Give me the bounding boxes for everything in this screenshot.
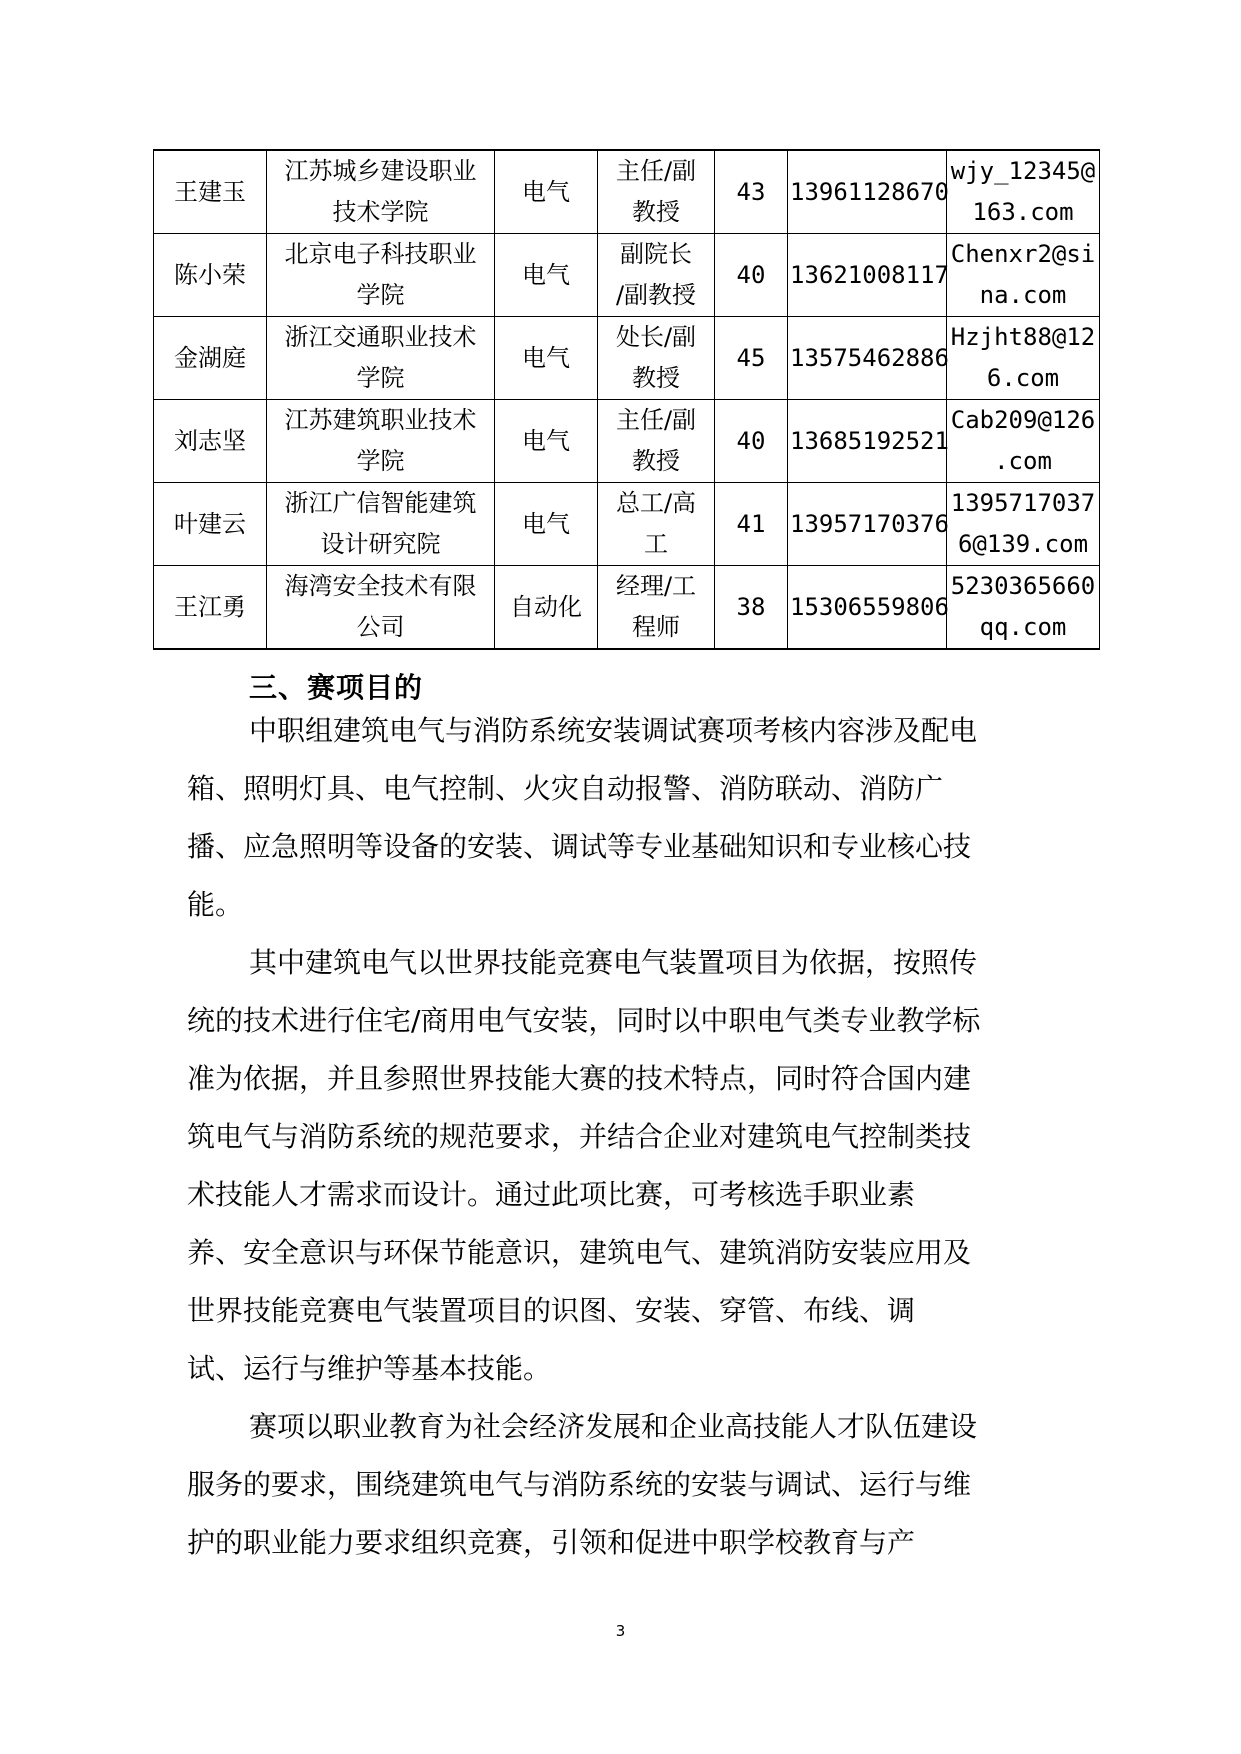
table-row: 刘志坚江苏建筑职业技术学院电气主任/副教授4013685192521Cab209…	[154, 400, 1100, 483]
name-cell: 王江勇	[154, 566, 267, 650]
paragraph-line: 术技能人才需求而设计。通过此项比赛，可考核选手职业素	[187, 1166, 1082, 1224]
organization-cell-line: 设计研究院	[269, 524, 492, 565]
paragraph-line: 能。	[187, 876, 1082, 934]
paragraph-line: 中职组建筑电气与消防系统安装调试赛项考核内容涉及配电	[187, 702, 1082, 760]
section-heading: 三、赛项目的	[249, 666, 423, 706]
job-title-cell-line: /副教授	[600, 275, 712, 316]
organization-cell-line: 浙江广信智能建筑	[269, 483, 492, 524]
email-cell-line: 6@139.com	[949, 524, 1097, 565]
organization-cell: 浙江广信智能建筑设计研究院	[267, 483, 495, 566]
job-title-cell: 总工/高工	[598, 483, 715, 566]
email-cell-line: wjy_12345@	[949, 151, 1097, 192]
major-cell: 电气	[495, 400, 598, 483]
organization-cell-line: 江苏建筑职业技术	[269, 400, 492, 441]
email-cell-line: Hzjht88@12	[949, 317, 1097, 358]
table-row: 陈小荣北京电子科技职业学院电气副院长/副教授4013621008117Chenx…	[154, 234, 1100, 317]
age-cell: 43	[715, 150, 788, 234]
email-cell: Hzjht88@126.com	[947, 317, 1100, 400]
job-title-cell-line: 处长/副	[600, 317, 712, 358]
job-title-cell-line: 教授	[600, 358, 712, 399]
name-cell: 陈小荣	[154, 234, 267, 317]
paragraph-line: 箱、照明灯具、电气控制、火灾自动报警、消防联动、消防广	[187, 760, 1082, 818]
phone-cell: 13961128670	[788, 150, 947, 234]
page-number: 3	[0, 1622, 1241, 1640]
email-cell-line: .com	[949, 441, 1097, 482]
organization-cell-line: 学院	[269, 275, 492, 316]
table-row: 王江勇海湾安全技术有限公司自动化经理/工程师381530655980652303…	[154, 566, 1100, 650]
email-cell: wjy_12345@163.com	[947, 150, 1100, 234]
job-title-cell: 经理/工程师	[598, 566, 715, 650]
job-title-cell-line: 工	[600, 524, 712, 565]
phone-cell: 15306559806	[788, 566, 947, 650]
email-cell-line: 163.com	[949, 192, 1097, 233]
organization-cell-line: 江苏城乡建设职业	[269, 151, 492, 192]
job-title-cell: 副院长/副教授	[598, 234, 715, 317]
paragraph-line: 其中建筑电气以世界技能竞赛电气装置项目为依据，按照传	[187, 934, 1082, 992]
paragraph-line: 世界技能竞赛电气装置项目的识图、安装、穿管、布线、调	[187, 1282, 1082, 1340]
organization-cell-line: 北京电子科技职业	[269, 234, 492, 275]
phone-cell: 13957170376	[788, 483, 947, 566]
paragraph-line: 赛项以职业教育为社会经济发展和企业高技能人才队伍建设	[187, 1398, 1082, 1456]
body-paragraph: 其中建筑电气以世界技能竞赛电气装置项目为依据，按照传统的技术进行住宅/商用电气安…	[187, 934, 1082, 1398]
major-cell: 电气	[495, 150, 598, 234]
table-row: 叶建云浙江广信智能建筑设计研究院电气总工/高工41139571703761395…	[154, 483, 1100, 566]
job-title-cell-line: 教授	[600, 441, 712, 482]
email-cell-line: Chenxr2@si	[949, 234, 1097, 275]
phone-cell: 13575462886	[788, 317, 947, 400]
major-cell: 电气	[495, 234, 598, 317]
major-cell: 电气	[495, 483, 598, 566]
email-cell: Cab209@126.com	[947, 400, 1100, 483]
job-title-cell-line: 总工/高	[600, 483, 712, 524]
email-cell-line: Cab209@126	[949, 400, 1097, 441]
paragraph-line: 护的职业能力要求组织竞赛，引领和促进中职学校教育与产	[187, 1514, 1082, 1572]
email-cell-line: na.com	[949, 275, 1097, 316]
organization-cell: 江苏建筑职业技术学院	[267, 400, 495, 483]
organization-cell-line: 公司	[269, 607, 492, 648]
age-cell: 45	[715, 317, 788, 400]
job-title-cell: 主任/副教授	[598, 150, 715, 234]
phone-cell: 13621008117	[788, 234, 947, 317]
age-cell: 40	[715, 400, 788, 483]
email-cell-line: 1395717037	[949, 483, 1097, 524]
job-title-cell: 主任/副教授	[598, 400, 715, 483]
organization-cell-line: 海湾安全技术有限	[269, 566, 492, 607]
paragraph-line: 服务的要求，围绕建筑电气与消防系统的安装与调试、运行与维	[187, 1456, 1082, 1514]
table-row: 王建玉江苏城乡建设职业技术学院电气主任/副教授4313961128670wjy_…	[154, 150, 1100, 234]
email-cell-line: 6.com	[949, 358, 1097, 399]
paragraph-line: 准为依据，并且参照世界技能大赛的技术特点，同时符合国内建	[187, 1050, 1082, 1108]
email-cell: 13957170376@139.com	[947, 483, 1100, 566]
age-cell: 40	[715, 234, 788, 317]
major-cell: 自动化	[495, 566, 598, 650]
organization-cell: 海湾安全技术有限公司	[267, 566, 495, 650]
table-row: 金湖庭浙江交通职业技术学院电气处长/副教授4513575462886Hzjht8…	[154, 317, 1100, 400]
name-cell: 金湖庭	[154, 317, 267, 400]
job-title-cell: 处长/副教授	[598, 317, 715, 400]
organization-cell-line: 学院	[269, 358, 492, 399]
organization-cell-line: 技术学院	[269, 192, 492, 233]
job-title-cell-line: 主任/副	[600, 151, 712, 192]
job-title-cell-line: 教授	[600, 192, 712, 233]
email-cell-line: qq.com	[949, 607, 1097, 648]
email-cell-line: 5230365660	[949, 566, 1097, 607]
paragraph-line: 播、应急照明等设备的安装、调试等专业基础知识和专业核心技	[187, 818, 1082, 876]
paragraph-line: 筑电气与消防系统的规范要求，并结合企业对建筑电气控制类技	[187, 1108, 1082, 1166]
paragraph-line: 统的技术进行住宅/商用电气安装，同时以中职电气类专业教学标	[187, 992, 1082, 1050]
email-cell: 5230365660qq.com	[947, 566, 1100, 650]
age-cell: 41	[715, 483, 788, 566]
organization-cell-line: 学院	[269, 441, 492, 482]
name-cell: 叶建云	[154, 483, 267, 566]
job-title-cell-line: 副院长	[600, 234, 712, 275]
name-cell: 王建玉	[154, 150, 267, 234]
major-cell: 电气	[495, 317, 598, 400]
organization-cell: 北京电子科技职业学院	[267, 234, 495, 317]
age-cell: 38	[715, 566, 788, 650]
email-cell: Chenxr2@sina.com	[947, 234, 1100, 317]
phone-cell: 13685192521	[788, 400, 947, 483]
job-title-cell-line: 主任/副	[600, 400, 712, 441]
expert-table: 王建玉江苏城乡建设职业技术学院电气主任/副教授4313961128670wjy_…	[153, 149, 1100, 650]
name-cell: 刘志坚	[154, 400, 267, 483]
organization-cell: 浙江交通职业技术学院	[267, 317, 495, 400]
paragraph-line: 养、安全意识与环保节能意识，建筑电气、建筑消防安装应用及	[187, 1224, 1082, 1282]
job-title-cell-line: 经理/工	[600, 566, 712, 607]
job-title-cell-line: 程师	[600, 607, 712, 648]
document-page: 王建玉江苏城乡建设职业技术学院电气主任/副教授4313961128670wjy_…	[0, 0, 1241, 1754]
organization-cell-line: 浙江交通职业技术	[269, 317, 492, 358]
body-paragraph: 赛项以职业教育为社会经济发展和企业高技能人才队伍建设服务的要求，围绕建筑电气与消…	[187, 1398, 1082, 1572]
paragraph-line: 试、运行与维护等基本技能。	[187, 1340, 1082, 1398]
body-paragraph: 中职组建筑电气与消防系统安装调试赛项考核内容涉及配电箱、照明灯具、电气控制、火灾…	[187, 702, 1082, 934]
organization-cell: 江苏城乡建设职业技术学院	[267, 150, 495, 234]
